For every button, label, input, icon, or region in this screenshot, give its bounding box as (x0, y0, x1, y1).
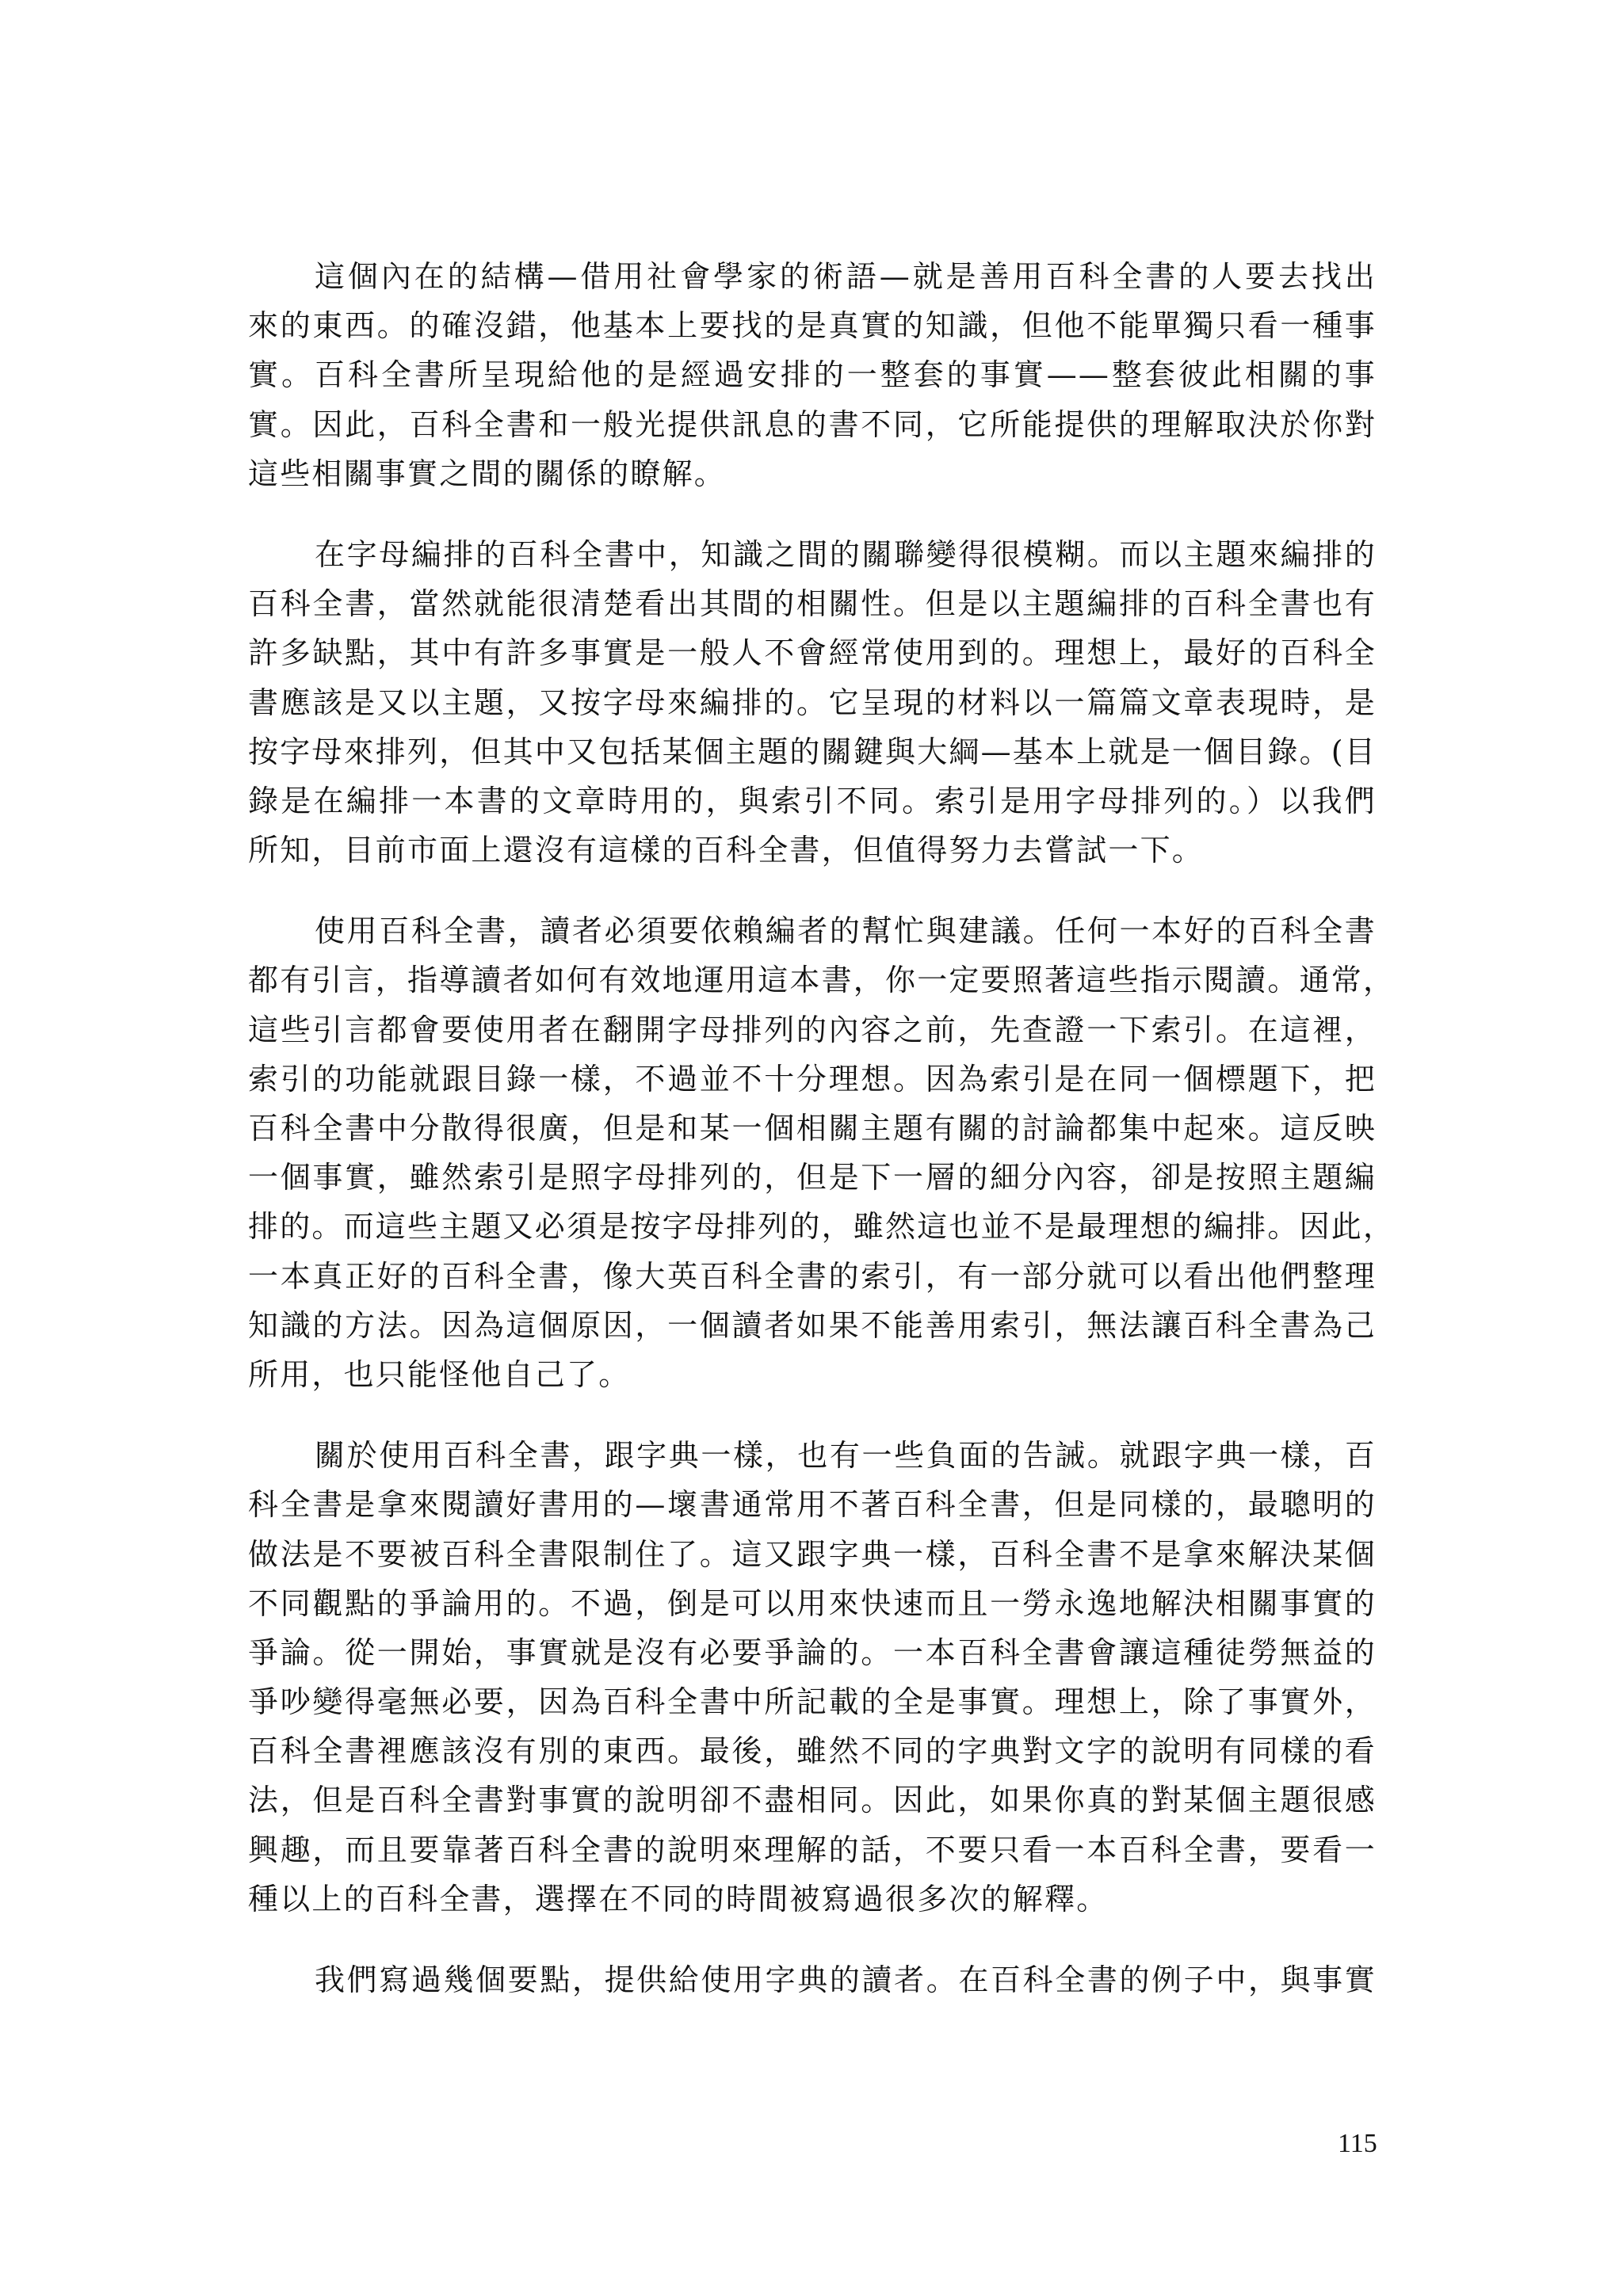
body-text: 這個內在的結構—借用社會學家的術語—就是善用百科全書的人要去找出 來的東西。的確… (248, 252, 1377, 2036)
paragraph-line: 百科全書中分散得很廣，但是和某一個相關主題有關的討論都集中起來。這反映 (248, 1104, 1377, 1153)
paragraph-line: 所知，目前市面上還沒有這樣的百科全書，但值得努力去嘗試一下。 (248, 826, 1377, 875)
paragraph-line: 實。因此，百科全書和一般光提供訊息的書不同，它所能提供的理解取決於你對 (248, 400, 1377, 449)
paragraph-line: 百科全書，當然就能很清楚看出其間的相關性。但是以主題編排的百科全書也有 (248, 579, 1377, 628)
paragraph-line: 興趣，而且要靠著百科全書的說明來理解的話，不要只看一本百科全書，要看一 (248, 1825, 1377, 1875)
paragraph-line: 一個事實，雖然索引是照字母排列的，但是下一層的細分內容，卻是按照主題編 (248, 1153, 1377, 1202)
paragraph-line: 做法是不要被百科全書限制住了。這又跟字典一樣，百科全書不是拿來解決某個 (248, 1530, 1377, 1579)
paragraph-line: 實。百科全書所呈現給他的是經過安排的一整套的事實——整套彼此相關的事 (248, 350, 1377, 399)
paragraph-line: 索引的功能就跟目錄一樣，不過並不十分理想。因為索引是在同一個標題下，把 (248, 1055, 1377, 1104)
paragraph-line: 關於使用百科全書，跟字典一樣，也有一些負面的告誡。就跟字典一樣，百 (248, 1431, 1377, 1480)
paragraph-line: 這些引言都會要使用者在翻開字母排列的內容之前，先查證一下索引。在這裡， (248, 1005, 1377, 1055)
paragraph-1: 這個內在的結構—借用社會學家的術語—就是善用百科全書的人要去找出 來的東西。的確… (248, 252, 1377, 498)
paragraph-5: 我們寫過幾個要點，提供給使用字典的讀者。在百科全書的例子中，與事實 (248, 1955, 1377, 2004)
paragraph-line: 爭論。從一開始，事實就是沒有必要爭論的。一本百科全書會讓這種徒勞無益的 (248, 1628, 1377, 1677)
paragraph-line: 科全書是拿來閱讀好書用的—壞書通常用不著百科全書，但是同樣的，最聰明的 (248, 1480, 1377, 1529)
paragraph-line: 爭吵變得毫無必要，因為百科全書中所記載的全是事實。理想上，除了事實外， (248, 1677, 1377, 1726)
paragraph-4: 關於使用百科全書，跟字典一樣，也有一些負面的告誡。就跟字典一樣，百 科全書是拿來… (248, 1431, 1377, 1924)
paragraph-line: 這些相關事實之間的關係的瞭解。 (248, 449, 1377, 498)
document-page: 這個內在的結構—借用社會學家的術語—就是善用百科全書的人要去找出 來的東西。的確… (0, 0, 1623, 2296)
paragraph-3: 使用百科全書，讀者必須要依賴編者的幫忙與建議。任何一本好的百科全書 都有引言，指… (248, 906, 1377, 1399)
paragraph-line: 這個內在的結構—借用社會學家的術語—就是善用百科全書的人要去找出 (248, 252, 1377, 301)
paragraph-line: 我們寫過幾個要點，提供給使用字典的讀者。在百科全書的例子中，與事實 (248, 1955, 1377, 2004)
paragraph-line: 種以上的百科全書，選擇在不同的時間被寫過很多次的解釋。 (248, 1875, 1377, 1924)
paragraph-line: 知識的方法。因為這個原因，一個讀者如果不能善用索引，無法讓百科全書為己 (248, 1301, 1377, 1350)
paragraph-line: 百科全書裡應該沒有別的東西。最後，雖然不同的字典對文字的說明有同樣的看 (248, 1726, 1377, 1775)
paragraph-line: 許多缺點，其中有許多事實是一般人不會經常使用到的。理想上，最好的百科全 (248, 628, 1377, 677)
paragraph-line: 不同觀點的爭論用的。不過，倒是可以用來快速而且一勞永逸地解決相關事實的 (248, 1579, 1377, 1628)
paragraph-line: 使用百科全書，讀者必須要依賴編者的幫忙與建議。任何一本好的百科全書 (248, 906, 1377, 955)
paragraph-line: 一本真正好的百科全書，像大英百科全書的索引，有一部分就可以看出他們整理 (248, 1252, 1377, 1301)
paragraph-line: 所用，也只能怪他自己了。 (248, 1350, 1377, 1399)
paragraph-line: 按字母來排列，但其中又包括某個主題的關鍵與大綱—基本上就是一個目錄。(目 (248, 727, 1377, 776)
paragraph-2: 在字母編排的百科全書中，知識之間的關聯變得很模糊。而以主題來編排的 百科全書，當… (248, 530, 1377, 875)
paragraph-line: 排的。而這些主題又必須是按字母排列的，雖然這也並不是最理想的編排。因此， (248, 1202, 1377, 1251)
page-number: 115 (1338, 2128, 1377, 2160)
paragraph-line: 來的東西。的確沒錯，他基本上要找的是真實的知識，但他不能單獨只看一種事 (248, 301, 1377, 350)
paragraph-line: 都有引言，指導讀者如何有效地運用這本書，你一定要照著這些指示閱讀。通常， (248, 955, 1377, 1005)
paragraph-line: 錄是在編排一本書的文章時用的，與索引不同。索引是用字母排列的。）以我們 (248, 776, 1377, 826)
paragraph-line: 在字母編排的百科全書中，知識之間的關聯變得很模糊。而以主題來編排的 (248, 530, 1377, 579)
paragraph-line: 書應該是又以主題，又按字母來編排的。它呈現的材料以一篇篇文章表現時，是 (248, 678, 1377, 727)
paragraph-line: 法，但是百科全書對事實的說明卻不盡相同。因此，如果你真的對某個主題很感 (248, 1775, 1377, 1825)
